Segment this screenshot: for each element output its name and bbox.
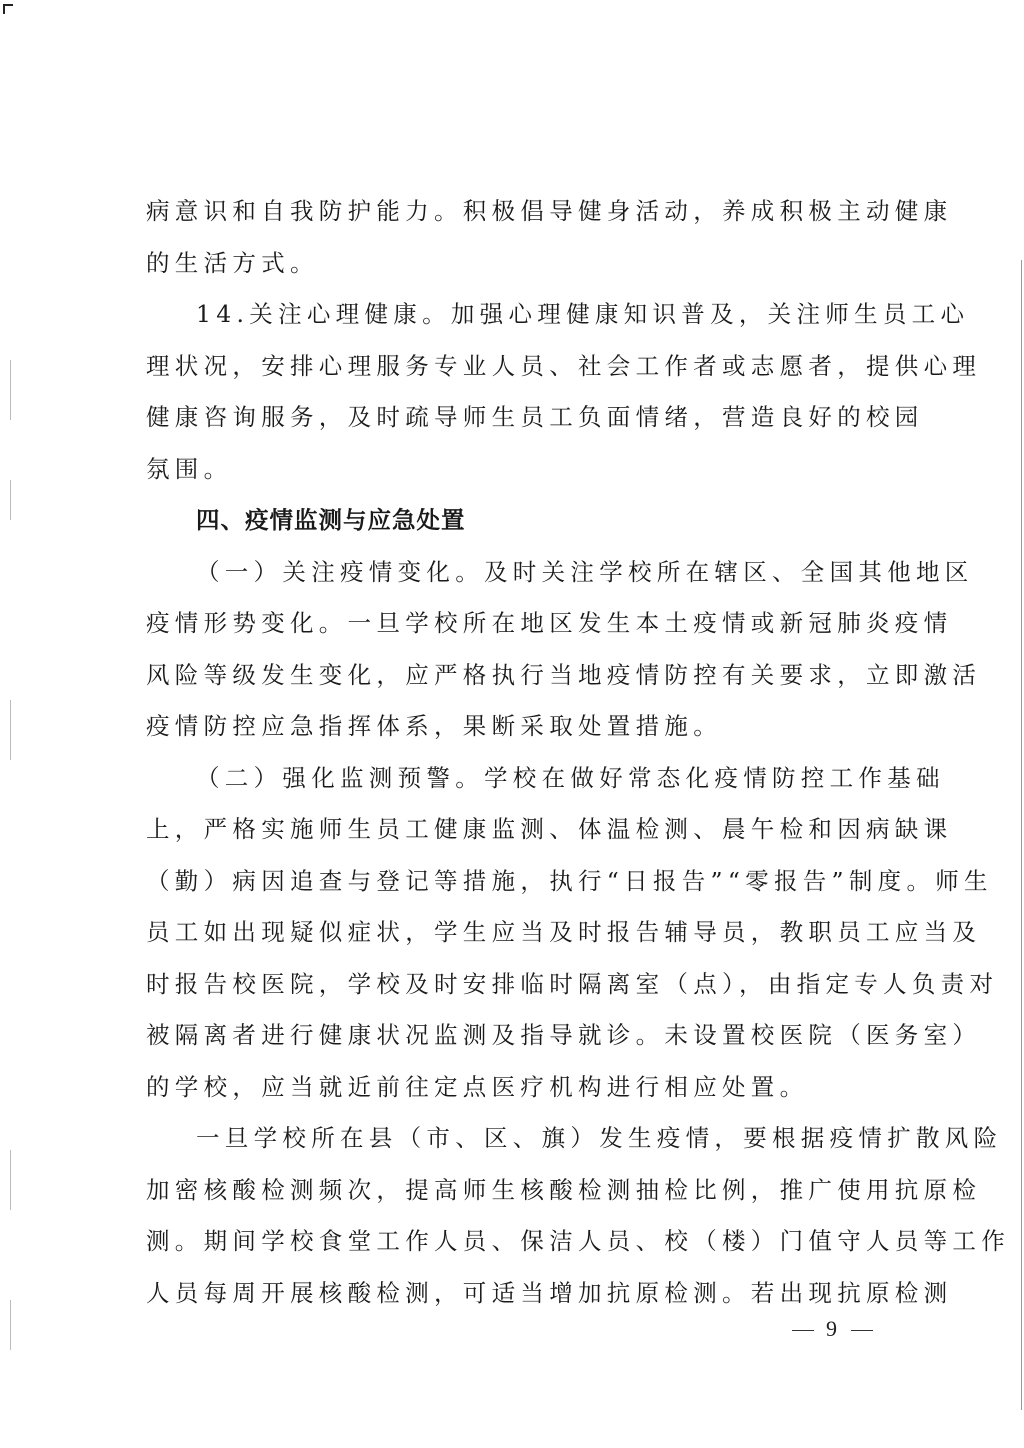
paragraph-start-line: 一旦学校所在县（市、区、旗）发生疫情，要根据疫情扩散风险 — [146, 1113, 898, 1165]
scan-edge-mark — [10, 1300, 11, 1350]
text-line: 加密核酸检测频次，提高师生核酸检测抽检比例，推广使用抗原检 — [146, 1165, 898, 1217]
text-line: 的生活方式。 — [146, 238, 898, 290]
text-line: 员工如出现疑似症状，学生应当及时报告辅导员，教职员工应当及 — [146, 907, 898, 959]
paragraph-start-line: （二）强化监测预警。学校在做好常态化疫情防控工作基础 — [146, 753, 898, 805]
text-line: 氛围。 — [146, 444, 898, 496]
dash-right — [851, 1330, 873, 1331]
page-number-value: 9 — [826, 1316, 839, 1341]
dash-left — [792, 1330, 814, 1331]
scan-edge-mark — [10, 360, 11, 420]
page-number: 9 — [780, 1316, 885, 1342]
scan-corner-mark — [3, 4, 13, 14]
scan-edge-mark — [10, 480, 11, 520]
text-line: 疫情形势变化。一旦学校所在地区发生本土疫情或新冠肺炎疫情 — [146, 598, 898, 650]
text-line: 上，严格实施师生员工健康监测、体温检测、晨午检和因病缺课 — [146, 804, 898, 856]
text-line: 被隔离者进行健康状况监测及指导就诊。未设置校医院（医务室） — [146, 1010, 898, 1062]
paragraph-start-line: 14.关注心理健康。加强心理健康知识普及，关注师生员工心 — [146, 289, 898, 341]
text-line: 的学校，应当就近前往定点医疗机构进行相应处置。 — [146, 1062, 898, 1114]
text-line: 时报告校医院，学校及时安排临时隔离室（点），由指定专人负责对 — [146, 959, 898, 1011]
text-line: 理状况，安排心理服务专业人员、社会工作者或志愿者，提供心理 — [146, 341, 898, 393]
text-line: 风险等级发生变化，应严格执行当地疫情防控有关要求，立即激活 — [146, 650, 898, 702]
document-body: 病意识和自我防护能力。积极倡导健身活动，养成积极主动健康 的生活方式。 14.关… — [146, 186, 898, 1319]
paragraph-start-line: （一）关注疫情变化。及时关注学校所在辖区、全国其他地区 — [146, 547, 898, 599]
scan-edge-mark — [10, 1150, 11, 1210]
text-line: 疫情防控应急指挥体系，果断采取处置措施。 — [146, 701, 898, 753]
text-line: 病意识和自我防护能力。积极倡导健身活动，养成积极主动健康 — [146, 186, 898, 238]
section-heading: 四、疫情监测与应急处置 — [146, 495, 898, 547]
page-right-edge — [1021, 260, 1022, 1410]
text-line: （勤）病因追查与登记等措施，执行“日报告”“零报告”制度。师生 — [146, 856, 898, 908]
scan-edge-mark — [10, 700, 11, 760]
text-line: 健康咨询服务，及时疏导师生员工负面情绪，营造良好的校园 — [146, 392, 898, 444]
text-line: 人员每周开展核酸检测，可适当增加抗原检测。若出现抗原检测 — [146, 1268, 898, 1320]
text-line: 测。期间学校食堂工作人员、保洁人员、校（楼）门值守人员等工作 — [146, 1216, 898, 1268]
